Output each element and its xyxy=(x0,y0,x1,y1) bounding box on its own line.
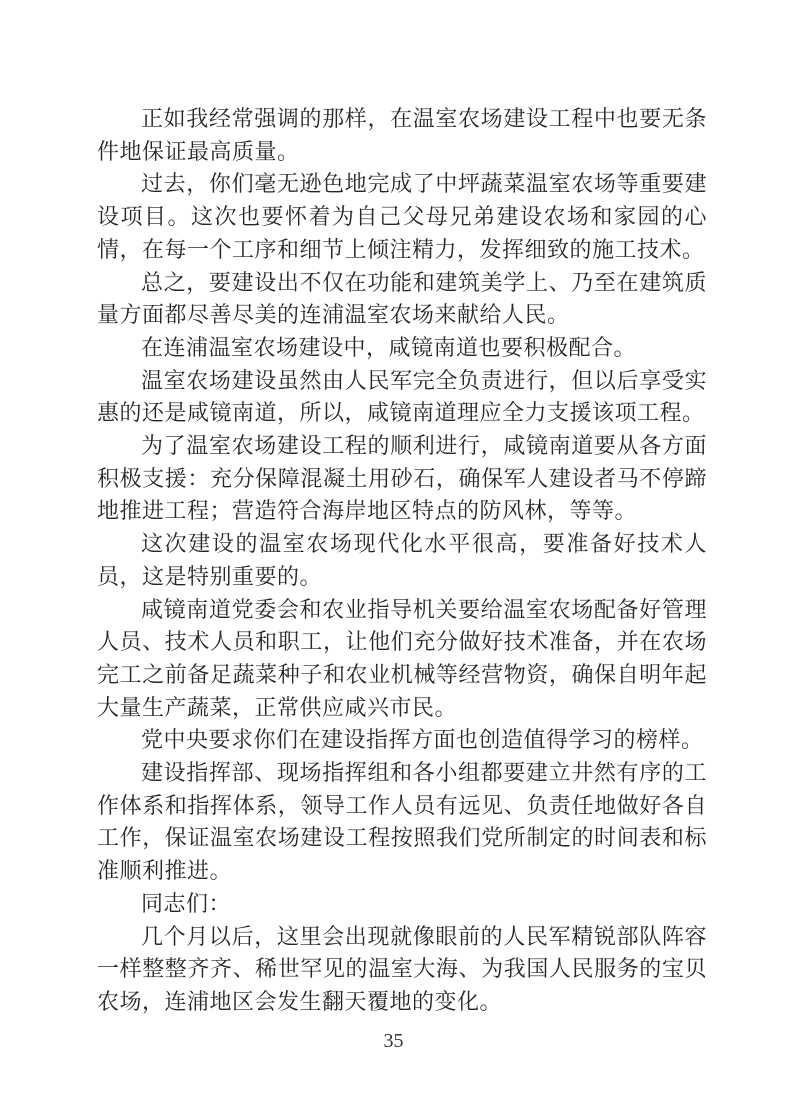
paragraph: 几个月以后，这里会出现就像眼前的人民军精锐部队阵容一样整整齐齐、稀世罕见的温室大… xyxy=(97,921,707,1019)
paragraph: 这次建设的温室农场现代化水平很高，要准备好技术人员，这是特别重要的。 xyxy=(97,528,707,593)
document-page: 正如我经常强调的那样，在温室农场建设工程中也要无条件地保证最高质量。 过去，你们… xyxy=(0,0,787,1116)
paragraph: 咸镜南道党委会和农业指导机关要给温室农场配备好管理人员、技术人员和职工，让他们充… xyxy=(97,594,707,725)
paragraph: 建设指挥部、现场指挥组和各小组都要建立井然有序的工作体系和指挥体系，领导工作人员… xyxy=(97,757,707,888)
paragraph: 在连浦温室农场建设中，咸镜南道也要积极配合。 xyxy=(97,332,707,365)
page-number: 35 xyxy=(0,1030,787,1053)
paragraph: 温室农场建设虽然由人民军完全负责进行，但以后享受实惠的还是咸镜南道，所以，咸镜南… xyxy=(97,365,707,430)
page-text-block: 正如我经常强调的那样，在温室农场建设工程中也要无条件地保证最高质量。 过去，你们… xyxy=(97,103,707,1019)
paragraph: 党中央要求你们在建设指挥方面也创造值得学习的榜样。 xyxy=(97,724,707,757)
paragraph: 同志们： xyxy=(97,888,707,921)
paragraph: 为了温室农场建设工程的顺利进行，咸镜南道要从各方面积极支援：充分保障混凝土用砂石… xyxy=(97,430,707,528)
paragraph: 过去，你们毫无逊色地完成了中坪蔬菜温室农场等重要建设项目。这次也要怀着为自己父母… xyxy=(97,168,707,266)
paragraph: 正如我经常强调的那样，在温室农场建设工程中也要无条件地保证最高质量。 xyxy=(97,103,707,168)
paragraph: 总之，要建设出不仅在功能和建筑美学上、乃至在建筑质量方面都尽善尽美的连浦温室农场… xyxy=(97,267,707,332)
